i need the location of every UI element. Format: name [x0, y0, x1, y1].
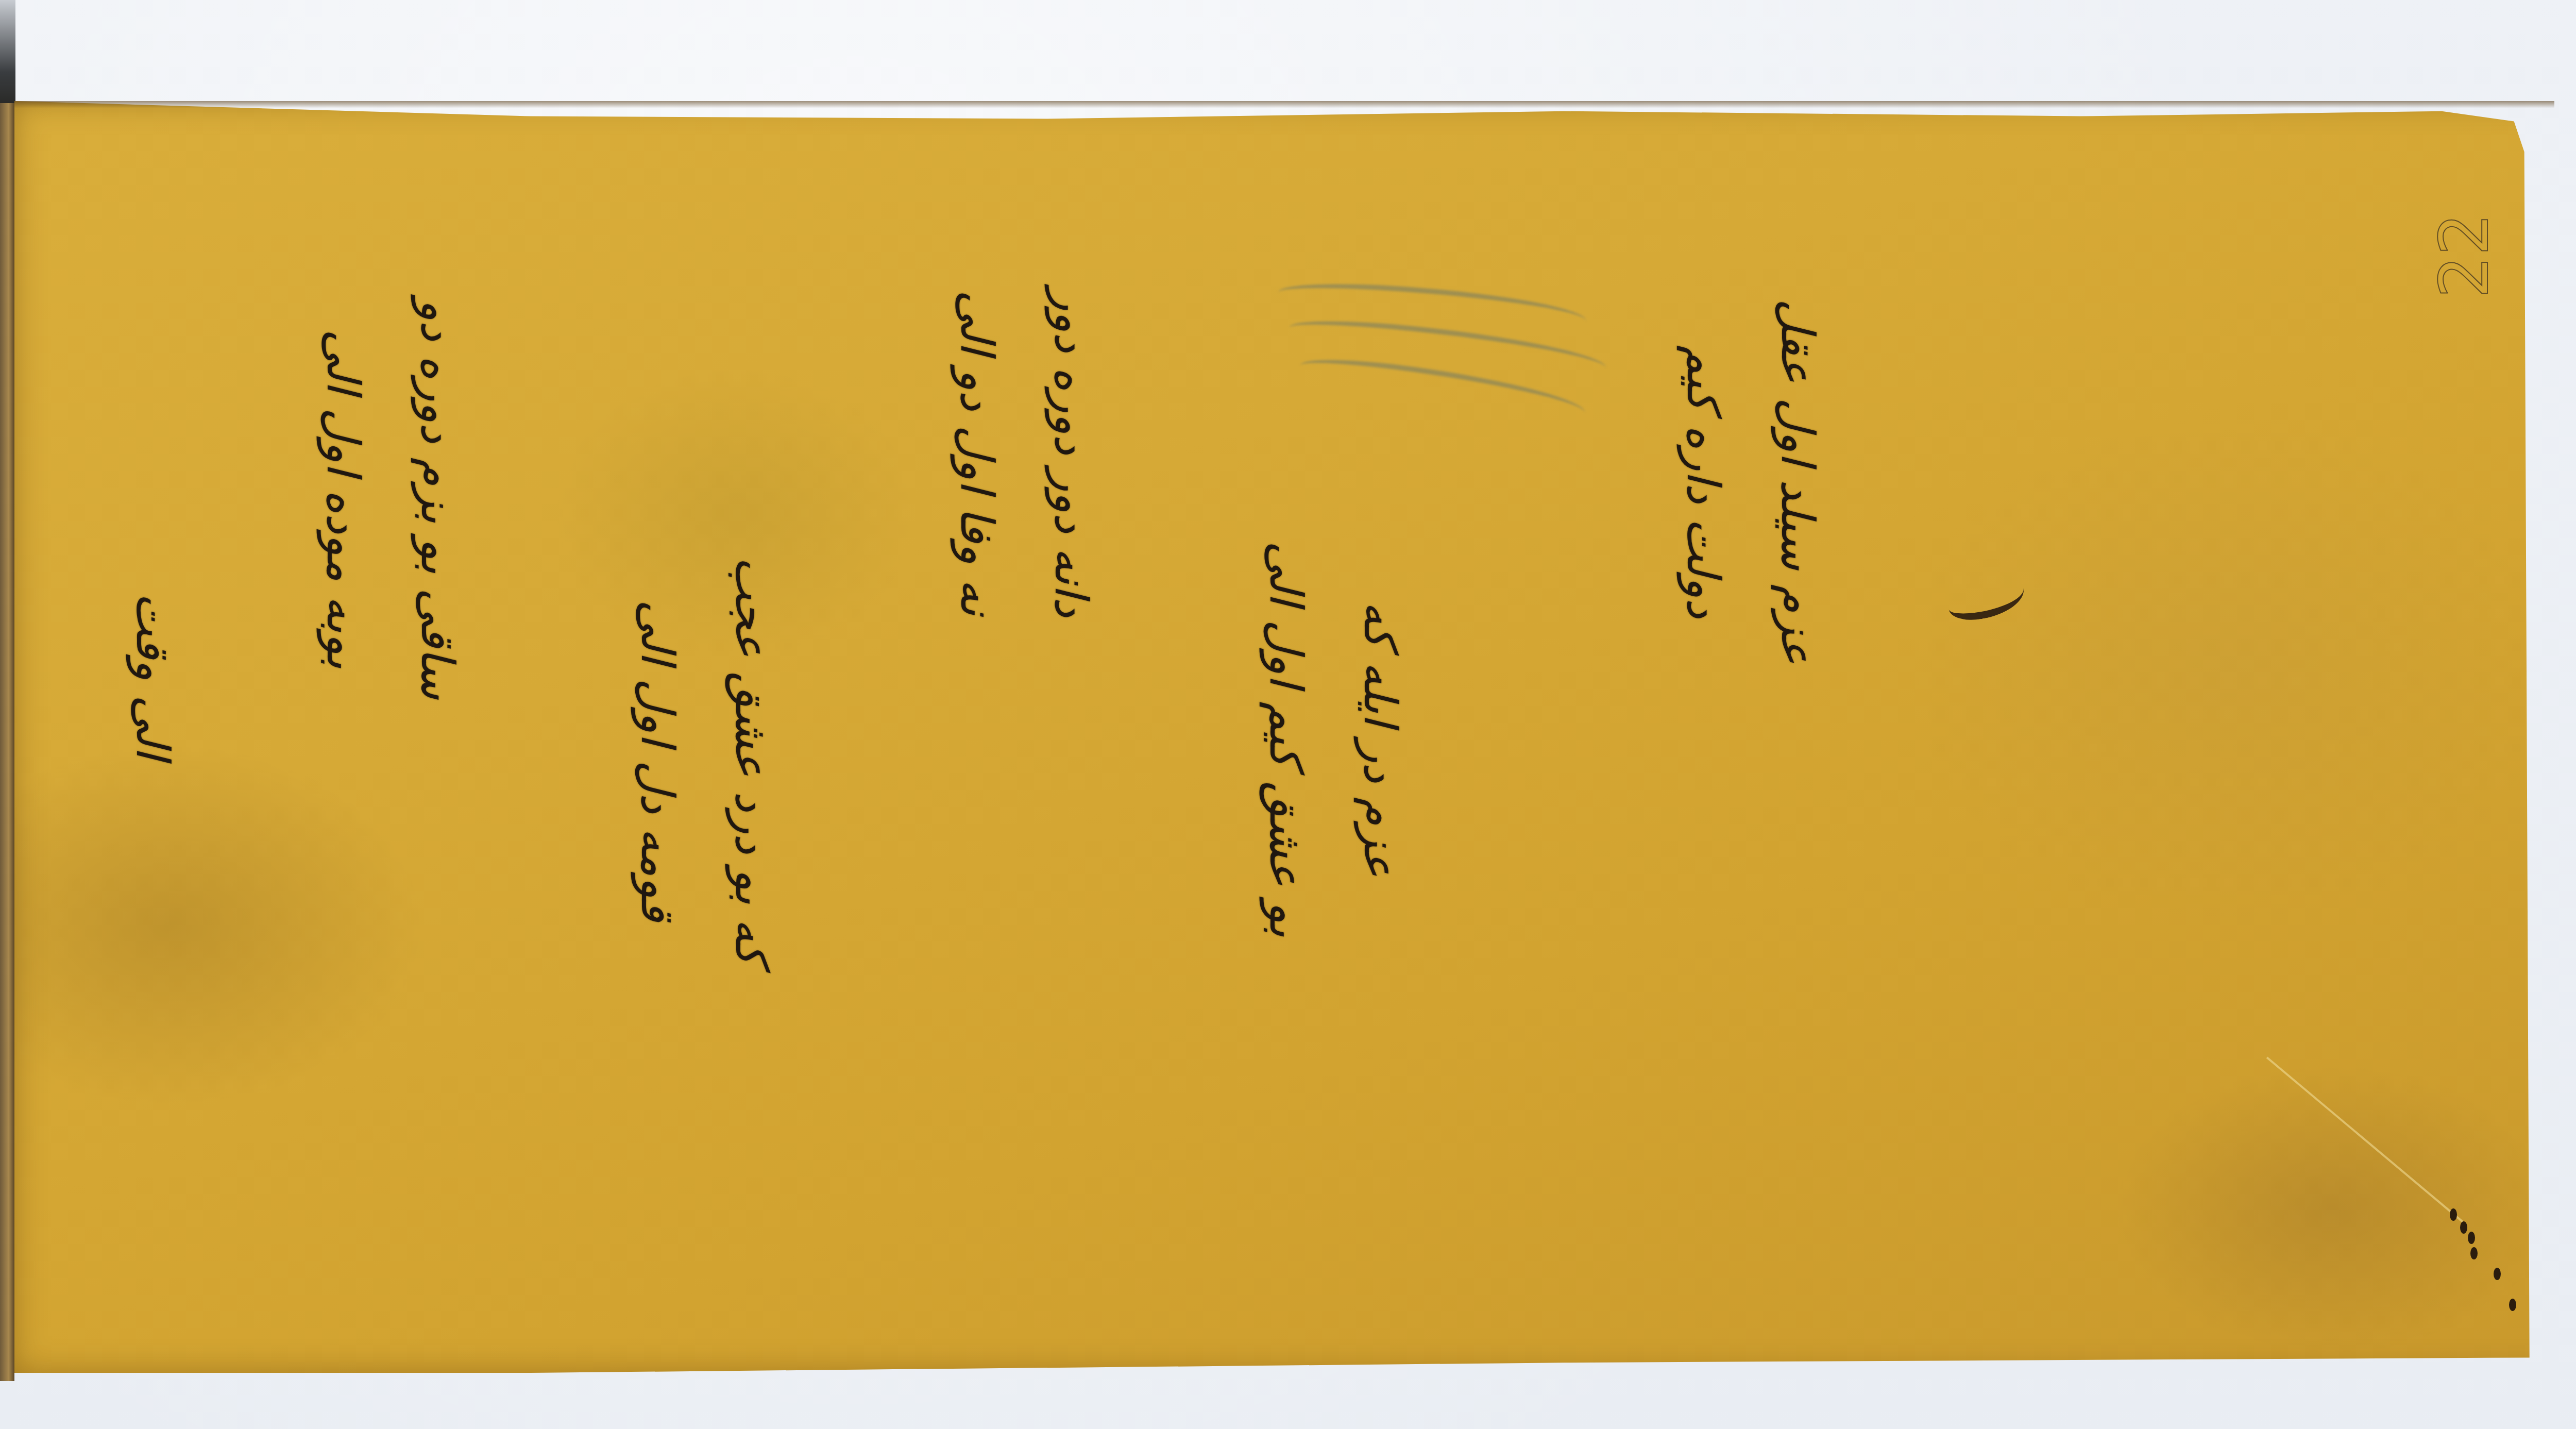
text-line: ﻛﻪ ﺑﻮ ﺩﺭﺩ ﻋﺸﻖ ﻋﺠﺐ — [727, 557, 775, 965]
text-column-5: ﺩﻭﻟﺖ ﺩﺍﺭﻩ ﻛﻴﻢ ﻋﺰﻡ ﺳﻴﻠﺪ ﺍﻭﻝ ﻋﻘﻞ — [1680, 299, 1821, 665]
text-line: ﺩﻭﻟﺖ ﺩﺍﺭﻩ ﻛﻴﻢ — [1680, 345, 1727, 618]
text-column-heading: ﺍﻟﻰ ﻭﻗﺖ — [129, 593, 176, 760]
folio-number: 22 — [2425, 213, 2503, 298]
text-line: ﺳﺎﻗﻰ ﺑﻮ ﺑﺰﻡ ﺩﻭﺭﻩ ﺩﻭ — [413, 299, 461, 699]
text-column-2: ﻗﻮﻣﻪ ﺩﻝ ﺍﻭﻝ ﺍﻟﻰ ﻛﻪ ﺑﻮ ﺩﺭﺩ ﻋﺸﻖ ﻋﺠﺐ — [634, 557, 775, 965]
text-line: ﺍﻟﻰ ﻭﻗﺖ — [129, 593, 176, 760]
text-line: ﻋﺰﻡ ﺩﺭ ﺍﻳﻠﻪ ﻛﻪ — [1356, 601, 1403, 877]
text-line: ﺑﻮﺑﻪ ﻣﻮﺩﻩ ﺍﻭﻝ ﺍﻟﻰ — [319, 329, 367, 669]
text-column-3: ﻧﻪ ﻭﻓﺎ ﺍﻭﻝ ﺩﻭ ﺍﻟﻰ ﺩﺍﻧﻪ ﺩﻭﺭ ﺩﻭﺭﻩ ﺩﻭﺭ — [953, 289, 1095, 617]
scanner-edge — [0, 0, 15, 103]
text-line: ﻋﺰﻡ ﺳﻴﻠﺪ ﺍﻭﻝ ﻋﻘﻞ — [1773, 299, 1821, 665]
binding-edge — [0, 103, 14, 1381]
text-line: ﻗﻮﻣﻪ ﺩﻝ ﺍﻭﻝ ﺍﻟﻰ — [634, 600, 681, 921]
text-line: ﺩﺍﻧﻪ ﺩﻭﺭ ﺩﻭﺭﻩ ﺩﻭﺭ — [1047, 289, 1094, 617]
text-line: ﺑﻮ ﻋﺸﻖ ﻛﻴﻢ ﺍﻭﻝ ﺍﻟﻰ — [1262, 541, 1310, 937]
page-top-edge — [14, 101, 2554, 108]
text-column-1: ﺑﻮﺑﻪ ﻣﻮﺩﻩ ﺍﻭﻝ ﺍﻟﻰ ﺳﺎﻗﻰ ﺑﻮ ﺑﺰﻡ ﺩﻭﺭﻩ ﺩﻭ — [319, 299, 461, 699]
text-column-4: ﺑﻮ ﻋﺸﻖ ﻛﻴﻢ ﺍﻭﻝ ﺍﻟﻰ ﻋﺰﻡ ﺩﺭ ﺍﻳﻠﻪ ﻛﻪ — [1262, 541, 1404, 937]
text-line: ﻧﻪ ﻭﻓﺎ ﺍﻭﻝ ﺩﻭ ﺍﻟﻰ — [953, 290, 1001, 616]
